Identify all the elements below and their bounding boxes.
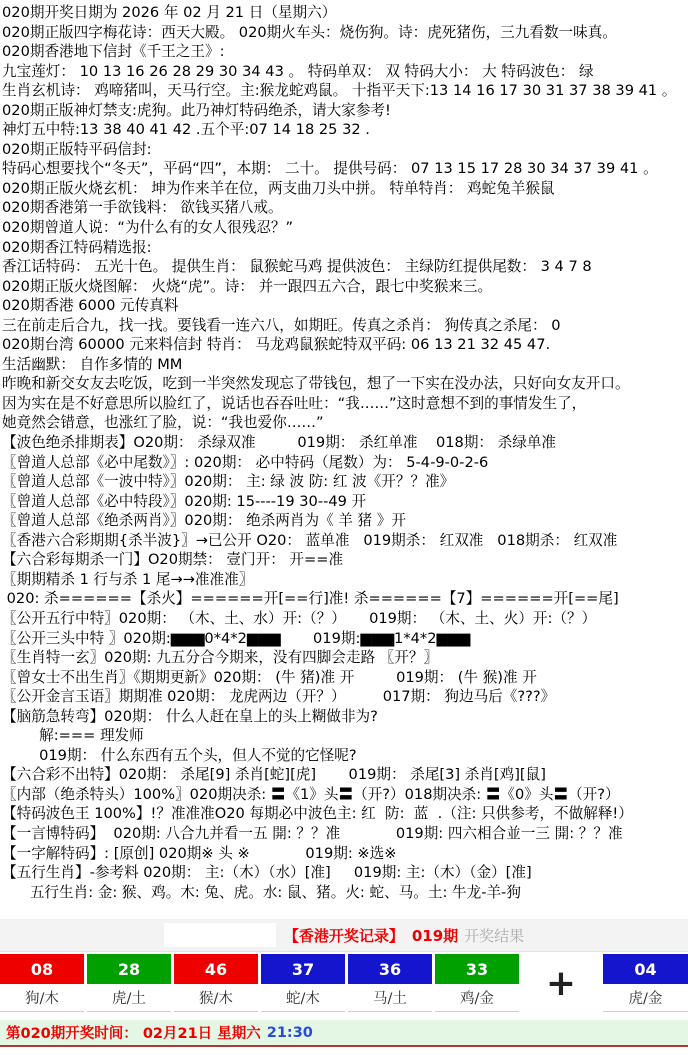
- text-line: 020期香港第一手欲钱料： 欲钱买猪八戒。: [2, 198, 688, 218]
- text-line: 020期正版火烧玄机： 坤为作来羊在位，两支曲刀头中拼。 特单特肖： 鸡蛇兔羊猴…: [2, 179, 688, 199]
- text-line: 【脑筋急转弯】020期： 什么人赶在皇上的头上糊做非为?: [2, 707, 688, 727]
- ball-zodiac-element-label: 狗/木: [0, 984, 84, 1012]
- result-ball-cell: 28 虎/土: [87, 954, 171, 1012]
- text-line: 【一字解特码】: [原创] 020期※ 头 ※ 019期: ※选※: [2, 844, 688, 864]
- ball-number: 36: [348, 954, 432, 984]
- text-line: 解:=== 理发师: [2, 726, 688, 746]
- lottery-tips-page: 020期开奖日期为 2026 年 02 月 21 日（星期六） 020期正版四字…: [0, 0, 688, 1047]
- ball-zodiac-element-label: 鸡/金: [435, 984, 519, 1012]
- bonus-ball-zodiac-element-label: 虎/金: [603, 984, 688, 1012]
- tips-text-block: 020期开奖日期为 2026 年 02 月 21 日（星期六） 020期正版四字…: [0, 0, 688, 902]
- text-line: 【六合彩每期杀一门】O20期禁： 壹门开： 开==准: [2, 550, 688, 570]
- main-balls-group: 08 狗/木 28 虎/土 46 猴/木 37 蛇/木: [0, 954, 519, 1012]
- text-line: 020: 杀======【杀火】======开[==行]准! 杀======【7…: [2, 589, 688, 609]
- text-line: 020期正版特平码信封:: [2, 140, 688, 160]
- text-line: 〖曾道人总部《绝杀两肖》〗020期： 绝杀两肖为《 羊 猪 》开: [2, 511, 688, 531]
- result-ball-cell: 37 蛇/木: [261, 954, 345, 1012]
- ball-zodiac-element-label: 马/土: [348, 984, 432, 1012]
- text-line: 020期正版神灯禁支:虎狗。此乃神灯特码绝杀，请大家参考!: [2, 101, 688, 121]
- records-result-label: 开奖结果: [464, 925, 524, 946]
- ball-number: 37: [261, 954, 345, 984]
- text-line: 因为实在是不好意思所以脸红了，说话也吞吞吐吐：“我……”这时意想不到的事情发生了…: [2, 394, 688, 414]
- next-draw-text: 第020期开奖时间： 02月21日 星期六: [6, 1022, 261, 1043]
- records-issue-number: 019期: [412, 925, 458, 946]
- text-line: 九宝莲灯： 10 13 16 26 28 29 30 34 43 。 特码单双：…: [2, 62, 688, 82]
- text-line: 【六合彩不出特】020期： 杀尾[9] 杀肖[蛇][虎] 019期： 杀尾[3]…: [2, 765, 688, 785]
- result-ball-cell: 08 狗/木: [0, 954, 84, 1012]
- text-line: 神灯五中特:13 38 40 41 42 .五个平:07 14 18 25 32…: [2, 120, 688, 140]
- text-line: 〖曾道人总部《一波中特》〗020期： 主: 绿 波 防: 红 波《开？？准》: [2, 472, 688, 492]
- text-line: 她竟然会错意，也涨红了脸，说：“我也爱你……”: [2, 413, 688, 433]
- ball-zodiac-element-label: 虎/土: [87, 984, 171, 1012]
- bonus-ball-cell: 04 虎/金: [603, 954, 688, 1012]
- text-line: 020期台湾 60000 元来料信封 特肖： 马龙鸡鼠猴蛇特双平码: 06 13…: [2, 335, 688, 355]
- text-line: 〖曾女士不出生肖〗《期期更新》020期： (牛 猪)准 开 019期： (牛 猴…: [2, 668, 688, 688]
- text-line: 三在前走后合九，找一找。要钱看一连六八，如期旺。传真之杀肖： 狗传真之杀尾： 0: [2, 316, 688, 336]
- blank-placeholder-box: [164, 923, 276, 947]
- text-line: 香江话特码： 五光十色。 提供生肖： 鼠猴蛇马鸡 提供波色： 主绿防红提供尾数：…: [2, 257, 688, 277]
- result-ball-cell: 36 马/土: [348, 954, 432, 1012]
- draw-results-row: 08 狗/木 28 虎/土 46 猴/木 37 蛇/木: [0, 954, 688, 1012]
- text-line: 〖公开金言玉语〗期期准 020期： 龙虎两边（开？） 017期： 狗边马后《??…: [2, 687, 688, 707]
- text-line: 020期正版火烧图解： 火烧“虎”。诗： 并一跟四五六合，跟七中奖猴来三。: [2, 277, 688, 297]
- text-line: 昨晚和新交女友去吃饭，吃到一半突然发现忘了带钱包，想了一下实在没办法，只好向女友…: [2, 374, 688, 394]
- result-ball-cell: 33 鸡/金: [435, 954, 519, 1012]
- ball-number: 08: [0, 954, 84, 984]
- text-line: 〖期期精杀 1 行与杀 1 尾→→准准准〗: [2, 570, 688, 590]
- text-line: 020期香港地下信封《千王之王》:: [2, 42, 688, 62]
- text-line: 〖曾道人总部《必中特段》〗020期: 15----19 30--49 开: [2, 492, 688, 512]
- text-line: 五行生肖: 金: 猴、鸡。木: 兔、虎。水: 鼠、猪。火: 蛇、马。土: 牛龙-…: [2, 883, 688, 903]
- text-line: 【一言博特码】 020期: 八合九并看一五 開: ？？准 019期: 四六相合並…: [2, 824, 688, 844]
- ball-zodiac-element-label: 蛇/木: [261, 984, 345, 1012]
- text-line: 〖公开三头中特 〗020期:▆▆▆0*4*2▆▆▆ 019期:▆▆▆1*4*2▆…: [2, 629, 688, 649]
- text-line: 〖生肖特一玄〗020期: 九五分合今期来，没有四脚会走路 〖开？〗: [2, 648, 688, 668]
- next-draw-time: 21:30: [267, 1025, 313, 1041]
- text-line: 〖公开五行中特〗020期： （木、土、水）开:（？） 019期： （木、土、火）…: [2, 609, 688, 629]
- text-line: 【五行生肖】-参考料 020期： 主:（木）（水）[准] 019期: 主:（木）…: [2, 863, 688, 883]
- text-line: 019期： 什么东西有五个头，但人不觉的它怪呢?: [2, 746, 688, 766]
- ball-zodiac-element-label: 猴/木: [174, 984, 258, 1012]
- text-line: 特码心想要找个“冬天”，平码“四”，本期： 二十。 提供号码： 07 13 15…: [2, 159, 688, 179]
- text-line: 〖香港六合彩期期{杀半波}〗→已公开 O20： 蓝单准 019期杀： 红双准 0…: [2, 531, 688, 551]
- ball-number: 28: [87, 954, 171, 984]
- ball-number: 46: [174, 954, 258, 984]
- text-line: 〖内部（绝杀特头）100%〗020期决杀: 〓《1》头〓（开?）018期决杀: …: [2, 785, 688, 805]
- text-line: 020期香江特码精选报:: [2, 238, 688, 258]
- records-header-bar: 【香港开奖记录】 019期 开奖结果: [0, 919, 688, 952]
- records-title: 【香港开奖记录】: [284, 925, 404, 946]
- result-ball-cell: 46 猴/木: [174, 954, 258, 1012]
- next-draw-footer: 第020期开奖时间： 02月21日 星期六 21:30: [0, 1020, 688, 1047]
- text-line: 020期开奖日期为 2026 年 02 月 21 日（星期六）: [2, 3, 688, 23]
- text-line: 〖曾道人总部《必中尾数》〗: 020期： 必中特码（尾数）为： 5-4-9-0-…: [2, 453, 688, 473]
- text-line: 【特码波色王 100%】!？准准准O20 每期必中波色主: 红 防: 蓝 .（注…: [2, 804, 688, 824]
- plus-icon: +: [522, 954, 600, 1012]
- text-line: 【波色绝杀排期表】O20期： 杀绿双准 019期： 杀红单准 018期： 杀绿单…: [2, 433, 688, 453]
- ball-number: 33: [435, 954, 519, 984]
- text-line: 生活幽默： 自作多情的 MM: [2, 355, 688, 375]
- text-line: 生肖玄机诗： 鸡啼猪叫，天马行空。主:猴龙蛇鸡鼠。 十指平天下:13 14 16…: [2, 81, 688, 101]
- text-line: 020期正版四字梅花诗：西天大殿。 020期火车头：烧伤狗。诗：虎死猪伤，三九看…: [2, 23, 688, 43]
- bonus-ball-number: 04: [603, 954, 688, 984]
- text-line: 020期香港 6000 元传真料: [2, 296, 688, 316]
- text-line: 020期曾道人说：“为什么有的女人很残忍？”: [2, 218, 688, 238]
